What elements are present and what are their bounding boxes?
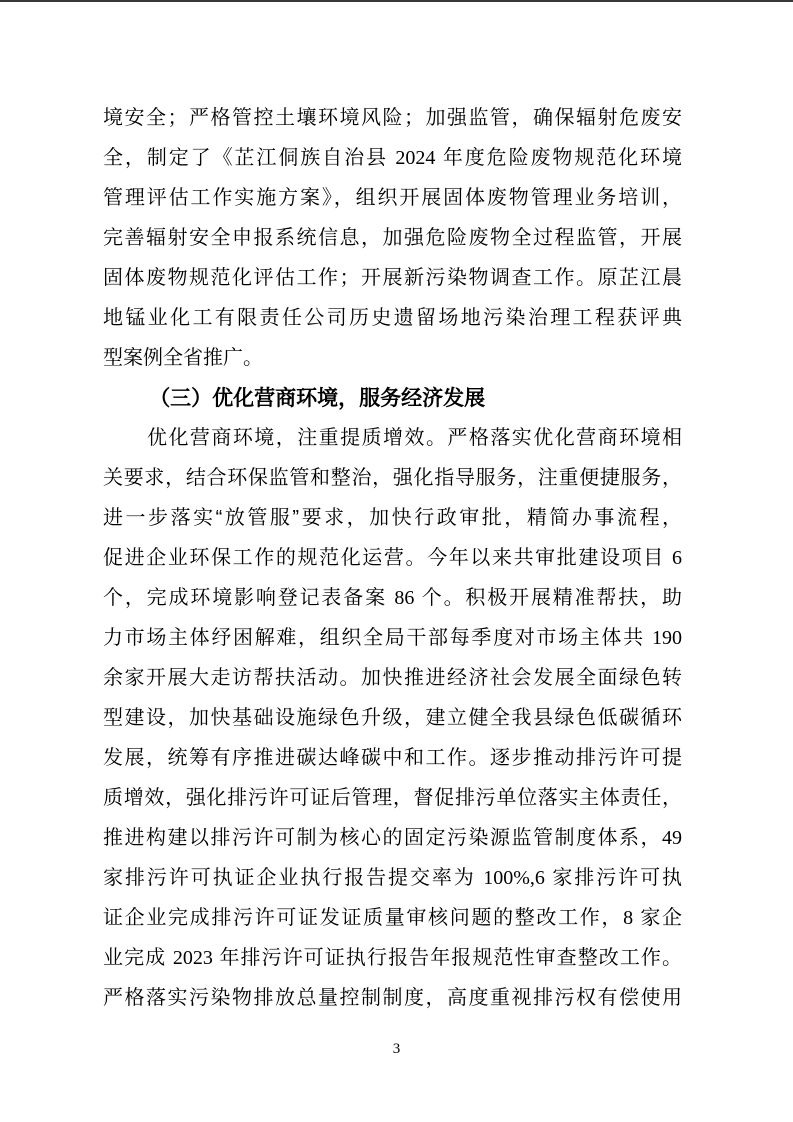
text-line: 业完成 2023 年排污许可证执行报告年报规范性审查整改工作。 [103, 938, 682, 978]
text-line: 优化营商环境，注重提质增效。严格落实优化营商环境相 [103, 418, 682, 458]
text-line: 境安全；严格管控土壤环境风险；加强监管，确保辐射危废安 [103, 98, 682, 138]
text-line: 完善辐射安全申报系统信息，加强危险废物全过程监管，开展 [103, 218, 682, 258]
text-line: 力市场主体纾困解难，组织全局干部每季度对市场主体共 190 [103, 618, 682, 658]
text-line: 家排污许可执证企业执行报告提交率为 100%,6 家排污许可执 [103, 858, 682, 898]
text-line: 推进构建以排污许可制为核心的固定污染源监管制度体系，49 [103, 818, 682, 858]
text-line: 证企业完成排污许可证发证质量审核问题的整改工作，8 家企 [103, 898, 682, 938]
text-body: 境安全；严格管控土壤环境风险；加强监管，确保辐射危废安全，制定了《芷江侗族自治县… [103, 98, 682, 1018]
text-line: 型建设，加快基础设施绿色升级，建立健全我县绿色低碳循环 [103, 698, 682, 738]
text-line: 管理评估工作实施方案》，组织开展固体废物管理业务培训， [103, 178, 682, 218]
text-line: 质增效，强化排污许可证后管理，督促排污单位落实主体责任， [103, 778, 682, 818]
text-line: 全，制定了《芷江侗族自治县 2024 年度危险废物规范化环境 [103, 138, 682, 178]
text-line: 个，完成环境影响登记表备案 86 个。积极开展精准帮扶，助 [103, 578, 682, 618]
text-line: 进一步落实“放管服”要求，加快行政审批，精简办事流程， [103, 498, 682, 538]
text-line: 余家开展大走访帮扶活动。加快推进经济社会发展全面绿色转 [103, 658, 682, 698]
text-line: 严格落实污染物排放总量控制制度，高度重视排污权有偿使用 [103, 978, 682, 1018]
text-line: 关要求，结合环保监管和整治，强化指导服务，注重便捷服务， [103, 458, 682, 498]
text-line: 发展，统筹有序推进碳达峰碳中和工作。逐步推动排污许可提 [103, 738, 682, 778]
section-heading: （三）优化营商环境，服务经济发展 [103, 378, 682, 418]
text-line: 地锰业化工有限责任公司历史遗留场地污染治理工程获评典 [103, 298, 682, 338]
document-page: 境安全；严格管控土壤环境风险；加强监管，确保辐射危废安全，制定了《芷江侗族自治县… [0, 0, 793, 1122]
text-line: 型案例全省推广。 [103, 338, 682, 378]
text-line: 固体废物规范化评估工作；开展新污染物调查工作。原芷江晨 [103, 258, 682, 298]
text-line: 促进企业环保工作的规范化运营。今年以来共审批建设项目 6 [103, 538, 682, 578]
page-number: 3 [0, 1038, 793, 1060]
